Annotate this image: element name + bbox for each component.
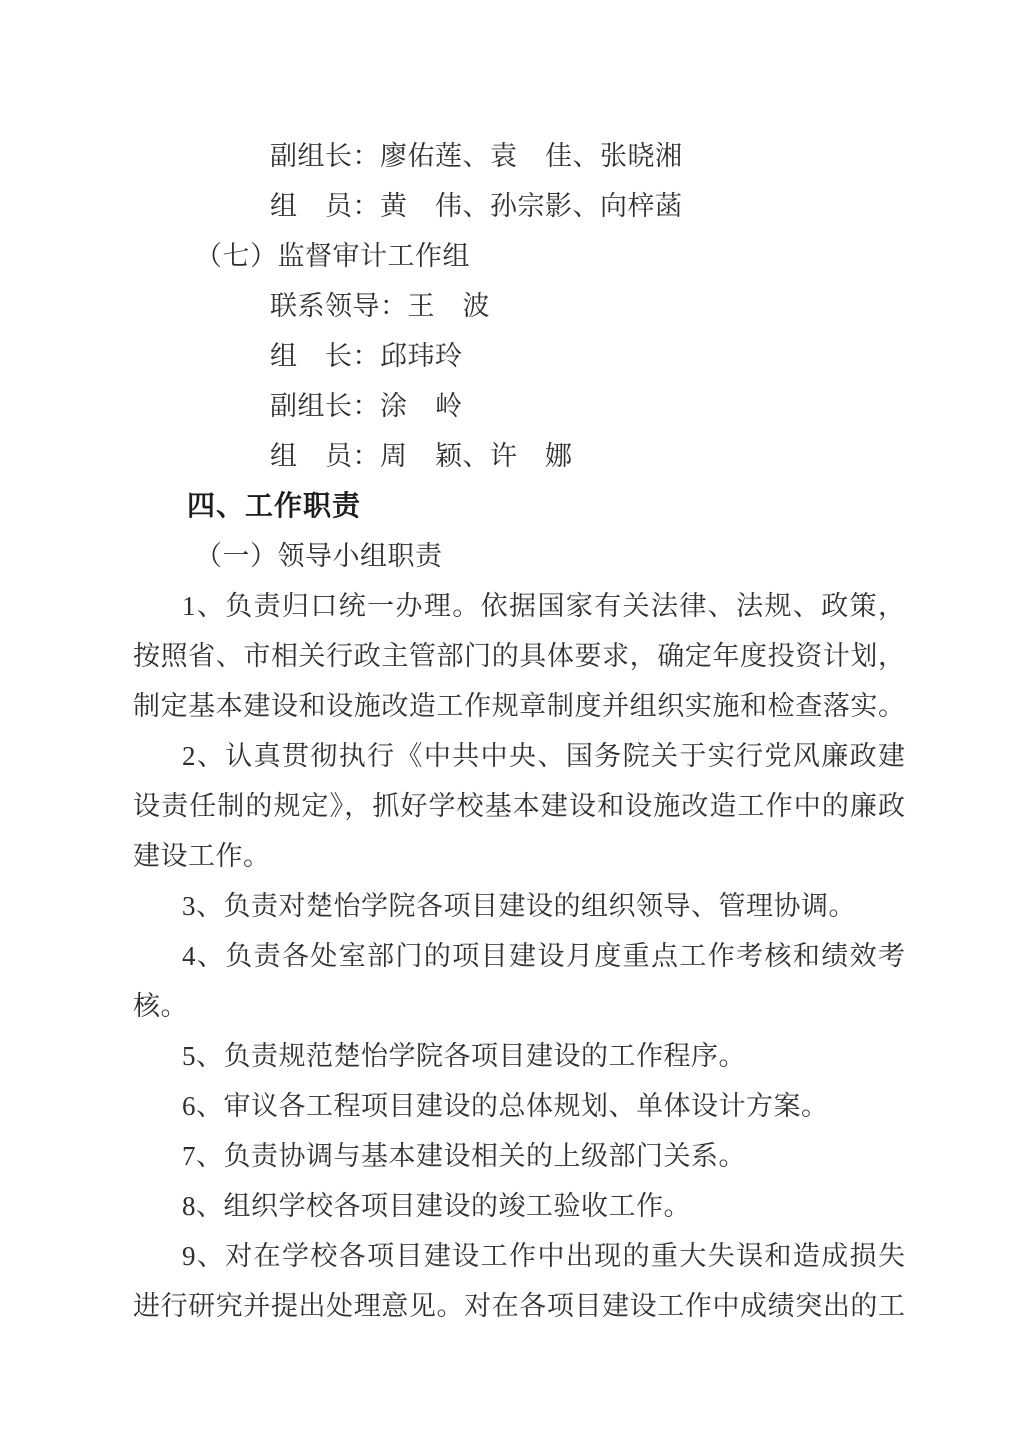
role-line-members: 组 员：黄 伟、孙宗影、向梓菡 [133, 181, 905, 231]
para-1-line-3: 制定基本建设和设施改造工作规章制度并组织实施和检查落实。 [133, 681, 905, 731]
para-4-line-1: 4、负责各处室部门的项目建设月度重点工作考核和绩效考 [133, 931, 905, 981]
para-2-line-2: 设责任制的规定》，抓好学校基本建设和设施改造工作中的廉政 [133, 781, 905, 831]
section-4-heading: 四、工作职责 [133, 481, 905, 531]
para-2-line-3: 建设工作。 [133, 831, 905, 881]
para-5-line-1: 5、负责规范楚怡学院各项目建设的工作程序。 [133, 1031, 905, 1081]
para-3-line-1: 3、负责对楚怡学院各项目建设的组织领导、管理协调。 [133, 881, 905, 931]
para-6-line-1: 6、审议各工程项目建设的总体规划、单体设计方案。 [133, 1081, 905, 1131]
role-line-deputy-leaders: 副组长：廖佑莲、袁 佳、张晓湘 [133, 131, 905, 181]
role-line-members-2: 组 员：周 颖、许 娜 [133, 431, 905, 481]
para-1-line-1: 1、负责归口统一办理。依据国家有关法律、法规、政策， [133, 581, 905, 631]
para-4-line-2: 核。 [133, 981, 905, 1031]
subsection-1-title: （一）领导小组职责 [133, 531, 905, 581]
para-1-line-2: 按照省、市相关行政主管部门的具体要求，确定年度投资计划， [133, 631, 905, 681]
role-line-deputy-leader: 副组长：涂 岭 [133, 381, 905, 431]
role-line-leader: 组 长：邱玮玲 [133, 331, 905, 381]
para-2-line-1: 2、认真贯彻执行《中共中央、国务院关于实行党风廉政建 [133, 731, 905, 781]
subsection-7-title: （七）监督审计工作组 [133, 231, 905, 281]
para-8-line-1: 8、组织学校各项目建设的竣工验收工作。 [133, 1181, 905, 1231]
document-text-block: 副组长：廖佑莲、袁 佳、张晓湘组 员：黄 伟、孙宗影、向梓菡（七）监督审计工作组… [133, 131, 905, 1331]
para-9-line-2: 进行研究并提出处理意见。对在各项目建设工作中成绩突出的工 [133, 1281, 905, 1331]
para-7-line-1: 7、负责协调与基本建设相关的上级部门关系。 [133, 1131, 905, 1181]
para-9-line-1: 9、对在学校各项目建设工作中出现的重大失误和造成损失 [133, 1231, 905, 1281]
document-page: 副组长：廖佑莲、袁 佳、张晓湘组 员：黄 伟、孙宗影、向梓菡（七）监督审计工作组… [0, 0, 1024, 1448]
role-line-liaison-leader: 联系领导：王 波 [133, 281, 905, 331]
